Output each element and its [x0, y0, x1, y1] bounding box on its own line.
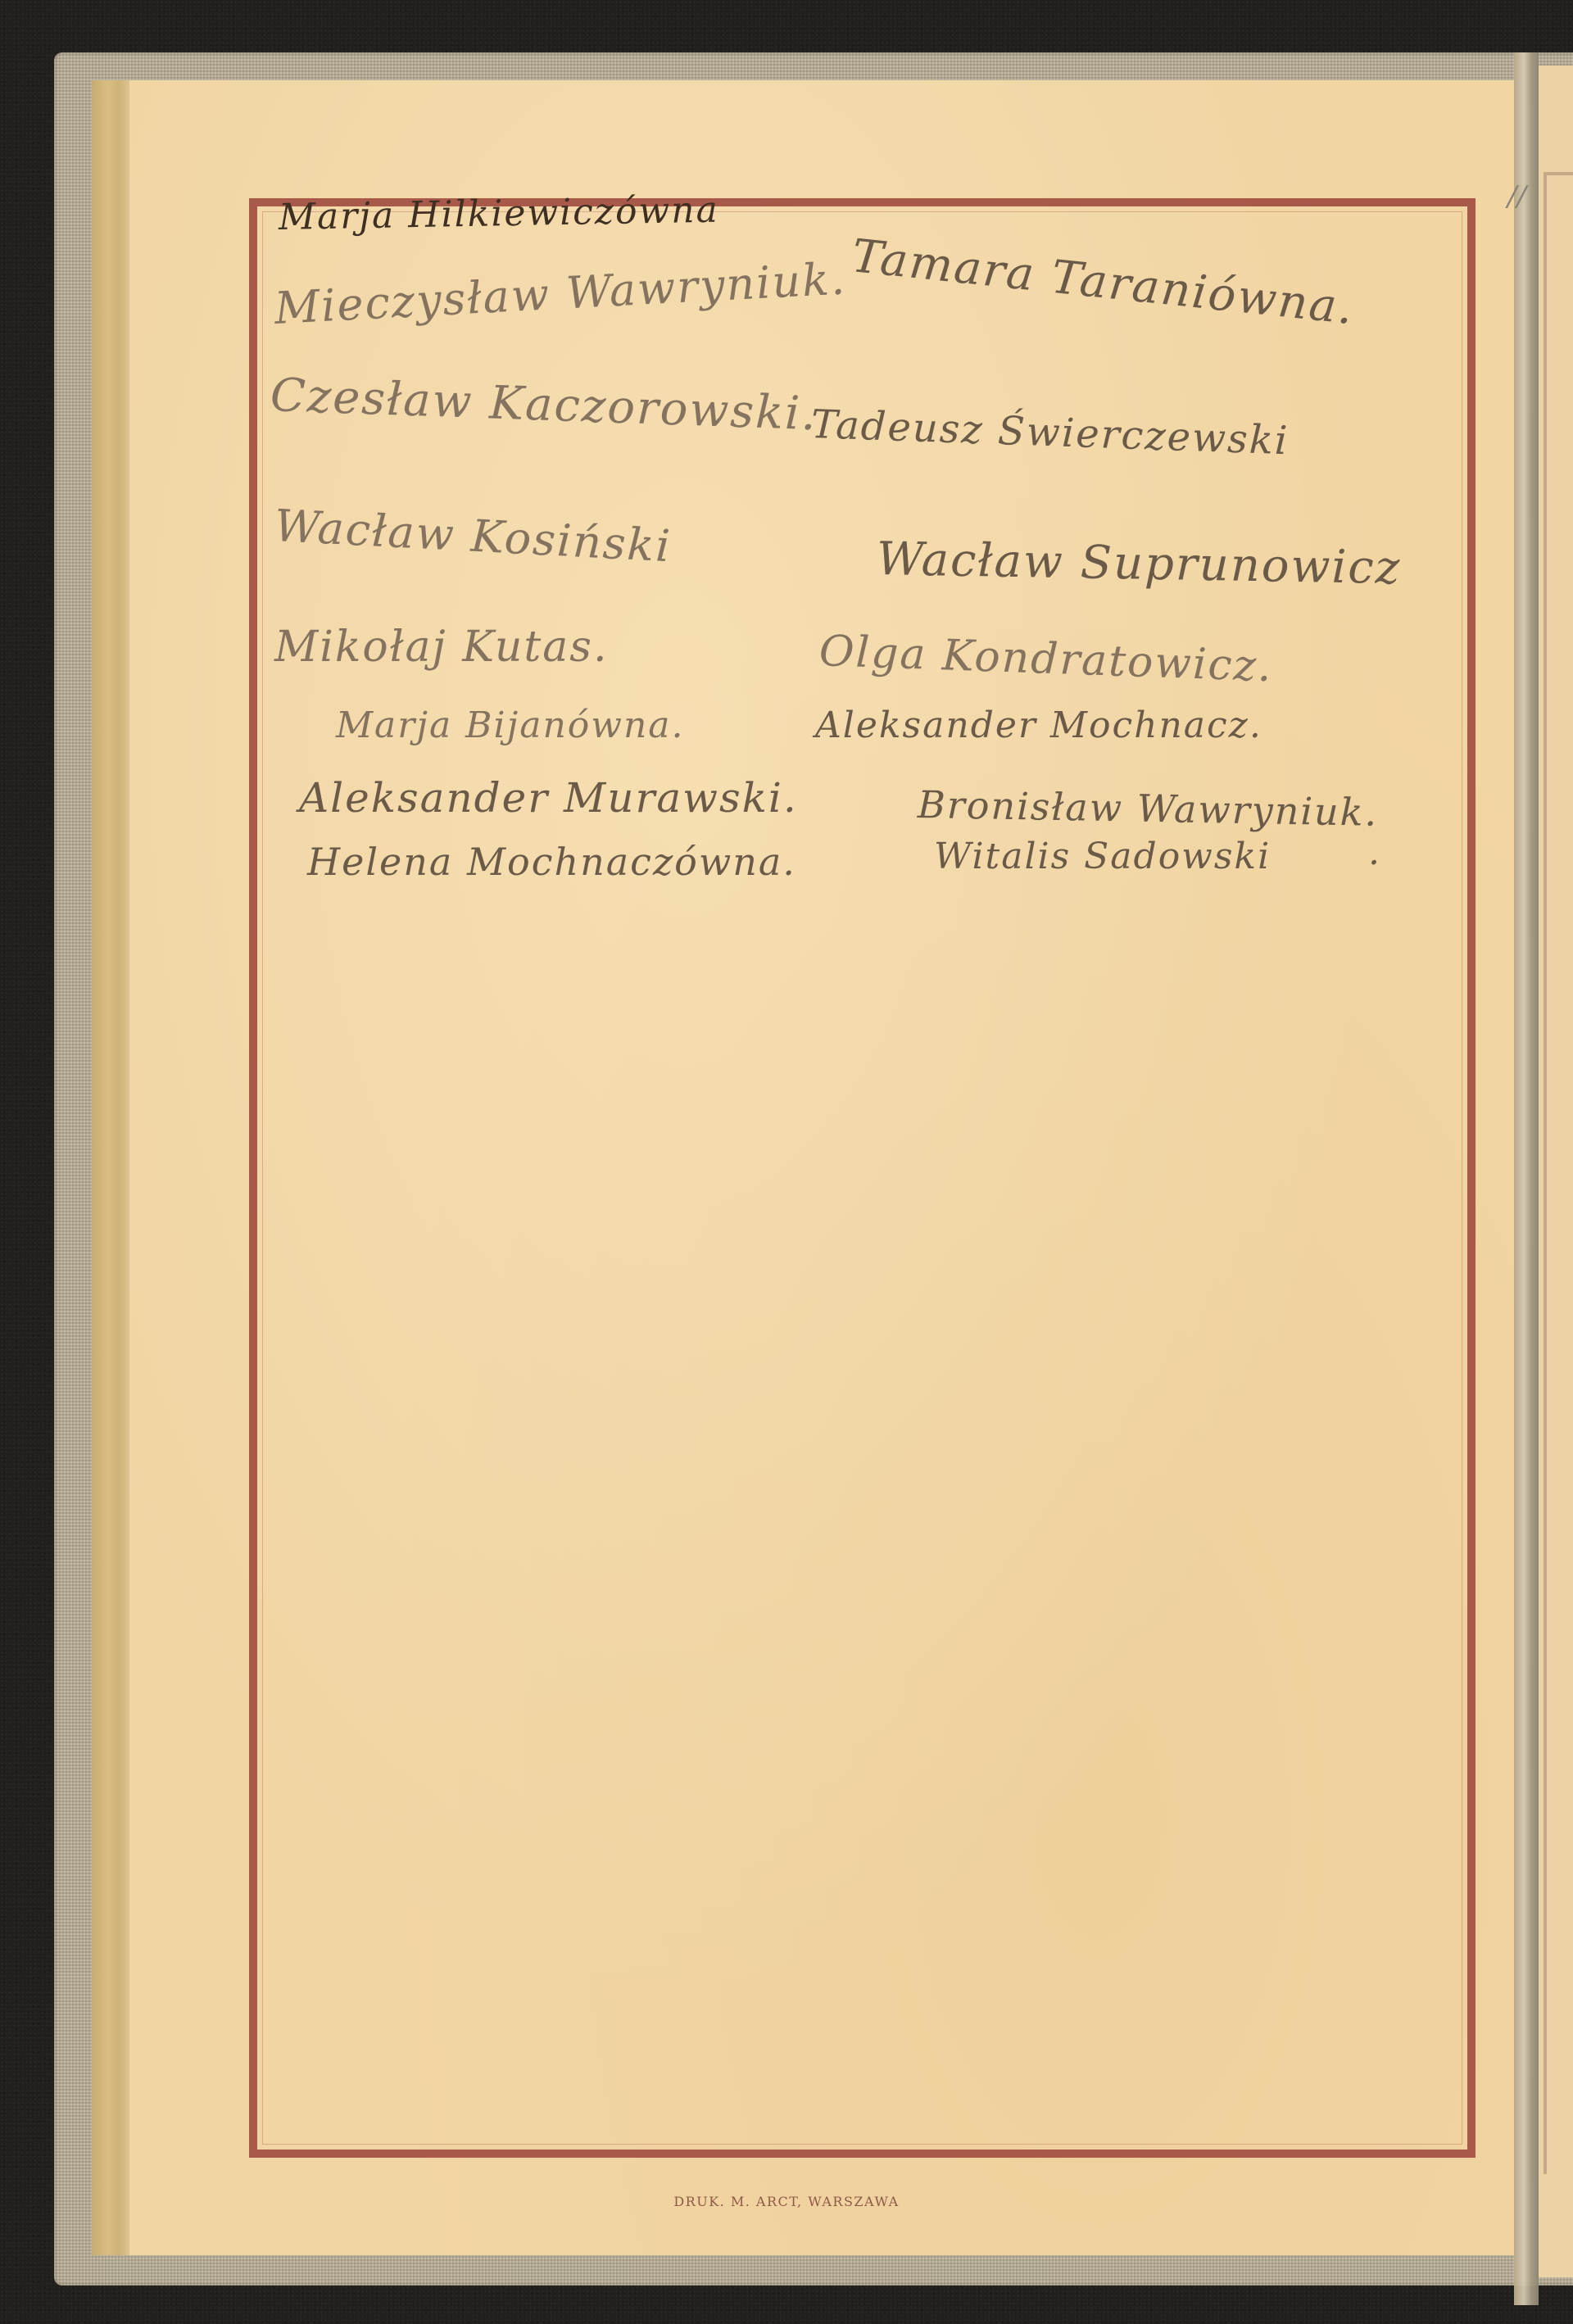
margin-mark: // [1507, 180, 1526, 213]
handwritten-signature: Witalis Sadowski [934, 836, 1271, 877]
facing-page-edge [1539, 66, 1573, 2277]
stray-ink-dot: . [1368, 831, 1381, 873]
handwritten-signature: Marja Hilkiewiczówna [279, 189, 720, 238]
handwritten-signature: Helena Mochnaczówna. [307, 840, 796, 884]
handwritten-signature: Marja Bijanówna. [336, 704, 685, 746]
printer-imprint: DRUK. M. ARCT, WARSZAWA [0, 2194, 1573, 2209]
handwritten-signature: Aleksander Murawski. [299, 774, 798, 822]
red-decorative-frame [249, 198, 1476, 2158]
facing-page-border [1544, 172, 1573, 2174]
handwritten-signature: Wacław Suprunowicz [876, 532, 1401, 595]
binding-gutter [1514, 52, 1539, 2305]
handwritten-signature: Mikołaj Kutas. [274, 623, 609, 672]
handwritten-signature: Bronisław Wawryniuk. [918, 782, 1379, 835]
frame-inner-line [262, 211, 1462, 2145]
handwritten-signature: Aleksander Mochnacz. [815, 704, 1262, 746]
page-edges [92, 80, 132, 2255]
